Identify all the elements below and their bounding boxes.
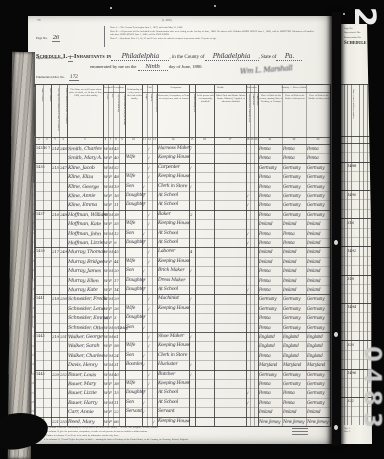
- cell-bp3: Germany: [307, 174, 324, 179]
- cell-houseA: 1445: [36, 372, 45, 376]
- cell-sex: F: [109, 240, 112, 245]
- cell-age: 14: [114, 287, 119, 292]
- column-number: 1: [35, 138, 43, 144]
- cell-age: 58: [114, 343, 119, 348]
- cell-bp2: Penna: [283, 390, 295, 395]
- cell-color: W: [104, 362, 108, 367]
- cell-color: W: [104, 249, 108, 254]
- cell-name: Hoffman, Lizzie: [68, 240, 104, 247]
- cell-age: 24: [114, 353, 119, 358]
- cell-color: W: [104, 296, 108, 301]
- cell-name: Walker, Sarah: [68, 343, 99, 349]
- cell-bp3: Germany: [307, 372, 324, 377]
- cell-unemp: 4: [190, 249, 192, 254]
- cell-color: W: [104, 231, 108, 236]
- cell-unemp: /: [190, 296, 191, 301]
- cell-bp1: Germany: [259, 165, 276, 170]
- cell-rel: Boarder: [126, 362, 142, 367]
- enumerated-post-label: day of June, 1880.: [169, 64, 203, 69]
- cell-occ: Brick Maker: [158, 268, 184, 273]
- cell-name: Schneider, Lena: [68, 306, 104, 312]
- cell-rel: Son: [126, 268, 134, 273]
- cell-color: W: [104, 155, 108, 160]
- column-number: 4: [59, 138, 67, 144]
- cell-name: Hoffman, William: [68, 212, 108, 218]
- cell-age: 9: [114, 240, 116, 245]
- cell-age: 15: [114, 390, 119, 395]
- adjacent-schedule-label: Schedule: [344, 40, 367, 46]
- cell-color: W: [104, 325, 108, 330]
- cell-sgl: /: [143, 240, 144, 245]
- cell-bp3: Germany: [307, 212, 324, 217]
- cell-age: 26: [114, 306, 119, 311]
- cell-sex: F: [109, 193, 112, 198]
- header-divider-line: [104, 26, 105, 47]
- adjacent-entry: 1492: [347, 248, 356, 253]
- cell-rel: Wife: [126, 306, 135, 311]
- cell-bp3: Penna: [307, 155, 319, 160]
- cell-wid: /: [153, 419, 154, 424]
- cell-age: 11: [114, 202, 119, 207]
- cell-color: W: [104, 390, 108, 395]
- cell-sgl: /: [143, 268, 144, 273]
- cell-unemp: /: [190, 334, 191, 339]
- cell-bp2: England: [283, 343, 299, 348]
- cell-age: 44: [114, 259, 119, 264]
- cell-name: Kline, Emma: [68, 202, 97, 208]
- adjacent-row-rule: [341, 322, 372, 323]
- cell-mar: /: [148, 155, 149, 160]
- cell-mar: /: [148, 174, 149, 179]
- cell-color: W: [104, 221, 108, 226]
- cell-sch: /: [247, 287, 248, 292]
- cell-unemp: /: [190, 165, 191, 170]
- cell-name: Walker, George: [68, 334, 103, 341]
- cell-houseA: 1441: [36, 296, 45, 300]
- adjacent-row-rule: [341, 152, 372, 153]
- cell-occ: Servant: [158, 409, 175, 414]
- cell-occ: At School: [158, 400, 178, 405]
- cell-bp1: Penna: [259, 278, 271, 283]
- cell-fam: 248: [60, 212, 67, 217]
- cell-age: 16: [114, 193, 119, 198]
- cell-occ: At School: [158, 390, 178, 395]
- adjacent-household-rule: [341, 275, 372, 276]
- cell-name: Kline, Annie: [68, 193, 95, 199]
- cell-occ: Butcher: [158, 372, 175, 377]
- cell-sex: F: [109, 343, 112, 348]
- cell-color: W: [104, 184, 108, 189]
- cell-color: W: [104, 268, 108, 273]
- cell-bp3: England: [307, 334, 323, 339]
- adjacent-entry: 1496: [347, 370, 356, 375]
- column-header-houseA: Name of Street.: [35, 87, 43, 138]
- cell-bp3: Germany: [307, 381, 324, 386]
- cell-bp2: Ireland: [283, 409, 296, 414]
- cell-houseB: N 7: [44, 146, 50, 150]
- cell-bp1: Germany: [259, 296, 276, 301]
- cell-color: W: [104, 259, 108, 264]
- column-number: 14: [157, 138, 189, 144]
- form-note-line: Note A.—The Census Year begins June 1, 1…: [110, 26, 314, 29]
- cell-sgl: /: [143, 390, 144, 395]
- cell-name: Kline, Jacob: [68, 165, 95, 171]
- cell-bp3: Ireland: [307, 231, 320, 236]
- column-header-bp2: Place of Birth of the Father of this per…: [282, 93, 308, 139]
- cell-bp1: Penna: [259, 155, 271, 160]
- cell-unemp: /: [190, 146, 191, 151]
- cell-unemp: /: [190, 184, 191, 189]
- cell-name: Schneider, Otto: [68, 324, 103, 331]
- footnote-line: 3. Entries in columns 15 to 20 are to be…: [44, 434, 288, 437]
- cell-bp1: Penna: [259, 240, 271, 245]
- cell-name: Walker, Charles: [68, 353, 103, 359]
- cell-name: Kline, George: [68, 183, 99, 190]
- cell-age: 12: [114, 231, 119, 236]
- cell-mar: /: [148, 381, 149, 386]
- cell-bp2: Germany: [283, 193, 300, 198]
- cell-occ: At School: [158, 287, 178, 292]
- cell-occ: Carpenter: [158, 165, 180, 170]
- cell-mar: /: [148, 372, 149, 377]
- cell-bp3: Ireland: [307, 268, 320, 273]
- cell-sex: F: [109, 287, 112, 292]
- cell-occ: Keeping House: [158, 259, 190, 264]
- adjacent-household-rule: [341, 190, 372, 191]
- enumeration-district-label: Enumeration Dist. No.: [36, 75, 65, 79]
- cell-name: Murray, James: [68, 268, 101, 274]
- adjacent-row-rule: [341, 237, 372, 238]
- adjacent-column-header: Name of street and house number.: [352, 89, 354, 135]
- cell-dw: 214: [52, 146, 59, 151]
- cell-bp1: England: [259, 343, 275, 348]
- cell-rel: Wife: [126, 259, 135, 264]
- cell-occ: Clerk in Store: [158, 183, 187, 189]
- cell-fam: 249: [60, 249, 67, 254]
- state-label: , State of: [259, 55, 277, 60]
- column-number: 23: [306, 138, 330, 144]
- cell-rel: Son: [126, 400, 134, 405]
- cell-occ: Dress Maker: [158, 277, 185, 282]
- film-speck: [110, 7, 112, 9]
- cell-dw: 219: [52, 334, 59, 339]
- cell-mar: /: [148, 334, 149, 339]
- cell-bp2: Penna: [283, 400, 295, 405]
- adjacent-header-rule: [341, 136, 372, 137]
- cell-color: W: [104, 381, 108, 386]
- column-number: 16: [195, 138, 214, 144]
- cell-bp1: Penna: [259, 174, 271, 179]
- cell-age: 38: [114, 381, 119, 386]
- cell-sex: F: [109, 409, 112, 414]
- adjacent-row-rule: [341, 209, 372, 210]
- cell-mar: /: [148, 259, 149, 264]
- adjacent-row-rule: [341, 199, 372, 200]
- form-number-mark: (1-289): [162, 18, 172, 22]
- cell-bp2: Germany: [283, 202, 300, 207]
- cell-sch: /: [247, 240, 248, 245]
- cell-name: Murray, Kate: [68, 287, 98, 294]
- cell-sgl: /: [143, 287, 144, 292]
- cell-color: W: [104, 353, 108, 358]
- column-header-occ: Profession, Occupation, or Trade of each…: [157, 93, 191, 139]
- cell-color: W: [104, 240, 108, 245]
- adjacent-row-rule: [341, 284, 372, 285]
- cell-sgl: /: [143, 278, 144, 283]
- cell-occ: Shoe Maker: [158, 334, 184, 339]
- cell-houseA: 1435: [36, 165, 45, 169]
- cell-bp1: Penna: [259, 325, 271, 330]
- cell-bp2: Ireland: [283, 268, 296, 273]
- adjacent-row-rule: [341, 171, 372, 172]
- film-speck: [343, 13, 345, 15]
- cell-unemp: /: [190, 268, 191, 273]
- cell-rel: Wife: [126, 174, 135, 179]
- column-number: 17: [214, 138, 246, 144]
- cell-age: 17: [114, 278, 119, 283]
- fine-print-block: [292, 428, 308, 437]
- cell-bp3: Germany: [307, 296, 324, 301]
- adjacent-entry: 318: [347, 276, 354, 281]
- cell-color: W: [104, 334, 108, 339]
- cell-color: W: [104, 174, 108, 179]
- cell-sgl: /: [143, 202, 144, 207]
- cell-sex: M: [109, 372, 113, 377]
- binding-rivet: [334, 240, 338, 245]
- cell-houseA: 1443: [36, 334, 45, 338]
- cell-bp3: Penna: [307, 146, 319, 151]
- cell-occ: Keeping House: [158, 381, 190, 387]
- cell-sgl: /: [143, 325, 144, 330]
- place-value: Philadelphia: [111, 52, 169, 61]
- cell-bp1: Penna: [259, 315, 271, 320]
- cell-name: Carr, Annie: [68, 409, 94, 415]
- column-number: 21: [258, 138, 282, 144]
- cell-color: W: [104, 315, 108, 320]
- column-number: 3: [51, 138, 59, 144]
- cell-sgl: /: [143, 315, 144, 320]
- page-number-line: Page No. 26: [36, 26, 102, 44]
- cell-mar: /: [148, 165, 149, 170]
- column-header-sick: Is the person sick or temporarily disabl…: [195, 93, 216, 139]
- cell-sex: M: [109, 146, 113, 151]
- cell-rel: Son: [126, 184, 134, 189]
- cell-fam: 246: [60, 146, 67, 151]
- cell-bp3: Ireland: [307, 249, 320, 254]
- column-header-fam: Families numbered in order of visitation…: [59, 87, 67, 138]
- cell-bp3: Germany: [307, 165, 324, 170]
- cell-color: W: [104, 146, 108, 151]
- cell-name: Smith, Mary A.: [68, 155, 102, 161]
- adjacent-entry: 1490: [347, 192, 356, 197]
- column-group-header: Health.: [195, 85, 246, 93]
- cell-sgl: /: [143, 362, 144, 367]
- enumerated-pre-label: enumerated by me on the: [90, 64, 136, 69]
- cell-unemp: /: [190, 372, 191, 377]
- column-header-houseB: House Number.: [43, 87, 51, 138]
- cell-bp1: Penna: [259, 287, 271, 292]
- cell-bp3: Ireland: [307, 409, 320, 414]
- column-group-header: Nativity — Place of Birth.: [258, 85, 330, 93]
- cell-bp2: Germany: [283, 381, 300, 386]
- cell-bp2: New Jersey: [283, 419, 304, 424]
- binding-rivet: [334, 425, 338, 430]
- cell-age: 3: [114, 315, 116, 320]
- cell-bp2: Germany: [283, 296, 300, 301]
- cell-bp3: Ireland: [307, 240, 320, 245]
- cell-sex: M: [109, 400, 113, 405]
- cell-dw: 217: [52, 249, 59, 254]
- cell-color: W: [104, 212, 108, 217]
- county-label: , in the County of: [169, 55, 204, 60]
- cell-occ: At School: [158, 202, 178, 207]
- county-value: Philadelphia: [205, 52, 259, 61]
- column-header-bp1: Place of Birth of this person, naming St…: [258, 93, 284, 139]
- cell-color: W: [104, 419, 108, 424]
- cell-rel: Wife: [126, 221, 135, 226]
- cell-name: Davis, Henry: [68, 362, 97, 368]
- cell-sex: M: [109, 296, 113, 301]
- cell-color: W: [104, 278, 108, 283]
- cell-sex: F: [109, 155, 112, 160]
- cell-bp1: Germany: [259, 306, 276, 311]
- cell-occ: Huckster: [158, 362, 178, 367]
- cell-color: W: [104, 287, 108, 292]
- cell-rel: Son: [126, 353, 134, 358]
- book-gutter: [332, 12, 341, 446]
- cell-sch: /: [247, 231, 248, 236]
- footnote-line: 2. In column 13 give the profession, occ…: [44, 430, 288, 433]
- column-header-dis: Blind. Deaf and Dumb. Idiotic. Insane. M…: [214, 93, 248, 139]
- cell-bp3: Ireland: [307, 259, 320, 264]
- cell-bp2: Ireland: [283, 249, 296, 254]
- footnote-line: 1. In column 9 state the relationship of…: [44, 426, 288, 429]
- adjacent-household-rule: [341, 218, 372, 219]
- cell-bp2: England: [283, 353, 299, 358]
- fine-print-line: [292, 434, 308, 435]
- cell-sex: M: [109, 334, 113, 339]
- column-number: 10: [125, 138, 142, 144]
- film-frame-number: 0483: [359, 346, 384, 446]
- cell-sex: F: [109, 315, 112, 320]
- cell-bp1: Ireland: [259, 221, 272, 226]
- cell-bp2: Germany: [283, 165, 300, 170]
- cell-sch: /: [247, 193, 248, 198]
- cell-name: Schneider, Fredk: [68, 296, 107, 302]
- cell-sch: /: [247, 390, 248, 395]
- cell-bp3: Ireland: [307, 287, 320, 292]
- cell-bp1: Maryland: [259, 362, 277, 367]
- cell-name: Bauer, Mary: [68, 381, 96, 387]
- cell-sgl: /: [143, 193, 144, 198]
- cell-name: Hoffman, John: [68, 230, 101, 237]
- cell-color: W: [104, 372, 108, 377]
- cell-bp1: Penna: [259, 231, 271, 236]
- adjacent-entry: 1494: [347, 304, 356, 309]
- cell-name: Kline, Eliza: [68, 174, 93, 180]
- cell-bp3: Germany: [307, 193, 324, 198]
- cell-occ: At School: [158, 240, 178, 245]
- cell-bp3: England: [307, 353, 323, 358]
- cell-bp3: Germany: [307, 315, 324, 320]
- cell-sex: F: [109, 174, 112, 179]
- frame-side-number: 2: [349, 1, 381, 33]
- cell-fam: 250: [60, 296, 67, 301]
- census-page: 7b (1-289) Page No. 26 Supervisor's Dist…: [28, 16, 332, 444]
- cell-occ: Laborer: [158, 249, 175, 254]
- cell-age: 61: [114, 334, 119, 339]
- cell-bp2: Germany: [283, 306, 300, 311]
- enumeration-day-value: Ninth: [138, 64, 168, 71]
- adjacent-household-rule: [341, 162, 372, 163]
- cell-bp3: New Jersey: [307, 419, 328, 424]
- cell-sex: F: [109, 221, 112, 226]
- cell-sch: /: [247, 202, 248, 207]
- cell-bp1: Penna: [259, 268, 271, 273]
- adjacent-household-rule: [341, 303, 372, 304]
- cell-rel: Wife: [126, 343, 135, 348]
- cell-sex: M: [109, 249, 113, 254]
- cell-age: 40: [114, 155, 119, 160]
- cell-bp2: Germany: [283, 174, 300, 179]
- cell-bp1: Ireland: [259, 259, 272, 264]
- column-group-header: Personal Description.: [103, 85, 125, 93]
- cell-sex: M: [109, 231, 113, 236]
- cell-fam: 253: [60, 419, 67, 424]
- cell-age: 11: [114, 400, 119, 405]
- cell-unemp: /: [190, 362, 191, 367]
- cell-color: W: [104, 409, 108, 414]
- cell-name: Murray, Thomas: [68, 249, 105, 255]
- cell-occ: Baker: [158, 212, 171, 217]
- cell-sex: F: [109, 419, 112, 424]
- cell-rel: Son: [126, 325, 134, 330]
- cell-color: W: [104, 343, 108, 348]
- column-header-dw: Dwelling houses numbered in order of vis…: [51, 87, 59, 138]
- cell-name: Bauer, Louis: [68, 371, 96, 377]
- cell-mar: /: [148, 343, 149, 348]
- cell-occ: At School: [158, 231, 178, 236]
- form-notes-block: Note A.—The Census Year begins June 1, 1…: [110, 26, 314, 41]
- cell-age: 52: [114, 165, 119, 170]
- cell-name: Schneider, Emma: [68, 315, 108, 321]
- cell-bp2: Ireland: [283, 259, 296, 264]
- cell-bp1: Penna: [259, 212, 271, 217]
- cell-fam: 251: [60, 334, 67, 339]
- cell-sex: M: [109, 165, 113, 170]
- cell-bp1: Penna: [259, 353, 271, 358]
- schedule-title-line: Schedule 1.—Inhabitants in Philadelphia …: [36, 52, 326, 61]
- enumeration-district-value: 172: [69, 75, 79, 81]
- binding-rivet: [334, 332, 338, 337]
- cell-color: W: [104, 400, 108, 405]
- cell-age: 40: [114, 372, 119, 377]
- cell-sex: M: [109, 184, 113, 189]
- cell-occ: Harness Maker: [158, 146, 191, 152]
- enumeration-date-line: enumerated by me on the Ninth day of Jun…: [90, 64, 203, 71]
- cell-color: W: [104, 165, 108, 170]
- cell-bp2: England: [283, 334, 299, 339]
- adjacent-row-rule: [341, 265, 372, 266]
- column-number: 5: [67, 138, 103, 144]
- adjacent-header-rule: [341, 84, 372, 85]
- cell-sch: /: [247, 400, 248, 405]
- schedule-title-label: Schedule 1.—Inhabitants in: [36, 53, 111, 60]
- microfilm-frame: 7b (1-289) Page No. 26 Supervisor's Dist…: [0, 0, 384, 459]
- column-group-header: Civil Condition.: [142, 85, 157, 93]
- enumerator-signature: Wm L. Marshall: [240, 64, 293, 76]
- cell-age: 45: [114, 249, 119, 254]
